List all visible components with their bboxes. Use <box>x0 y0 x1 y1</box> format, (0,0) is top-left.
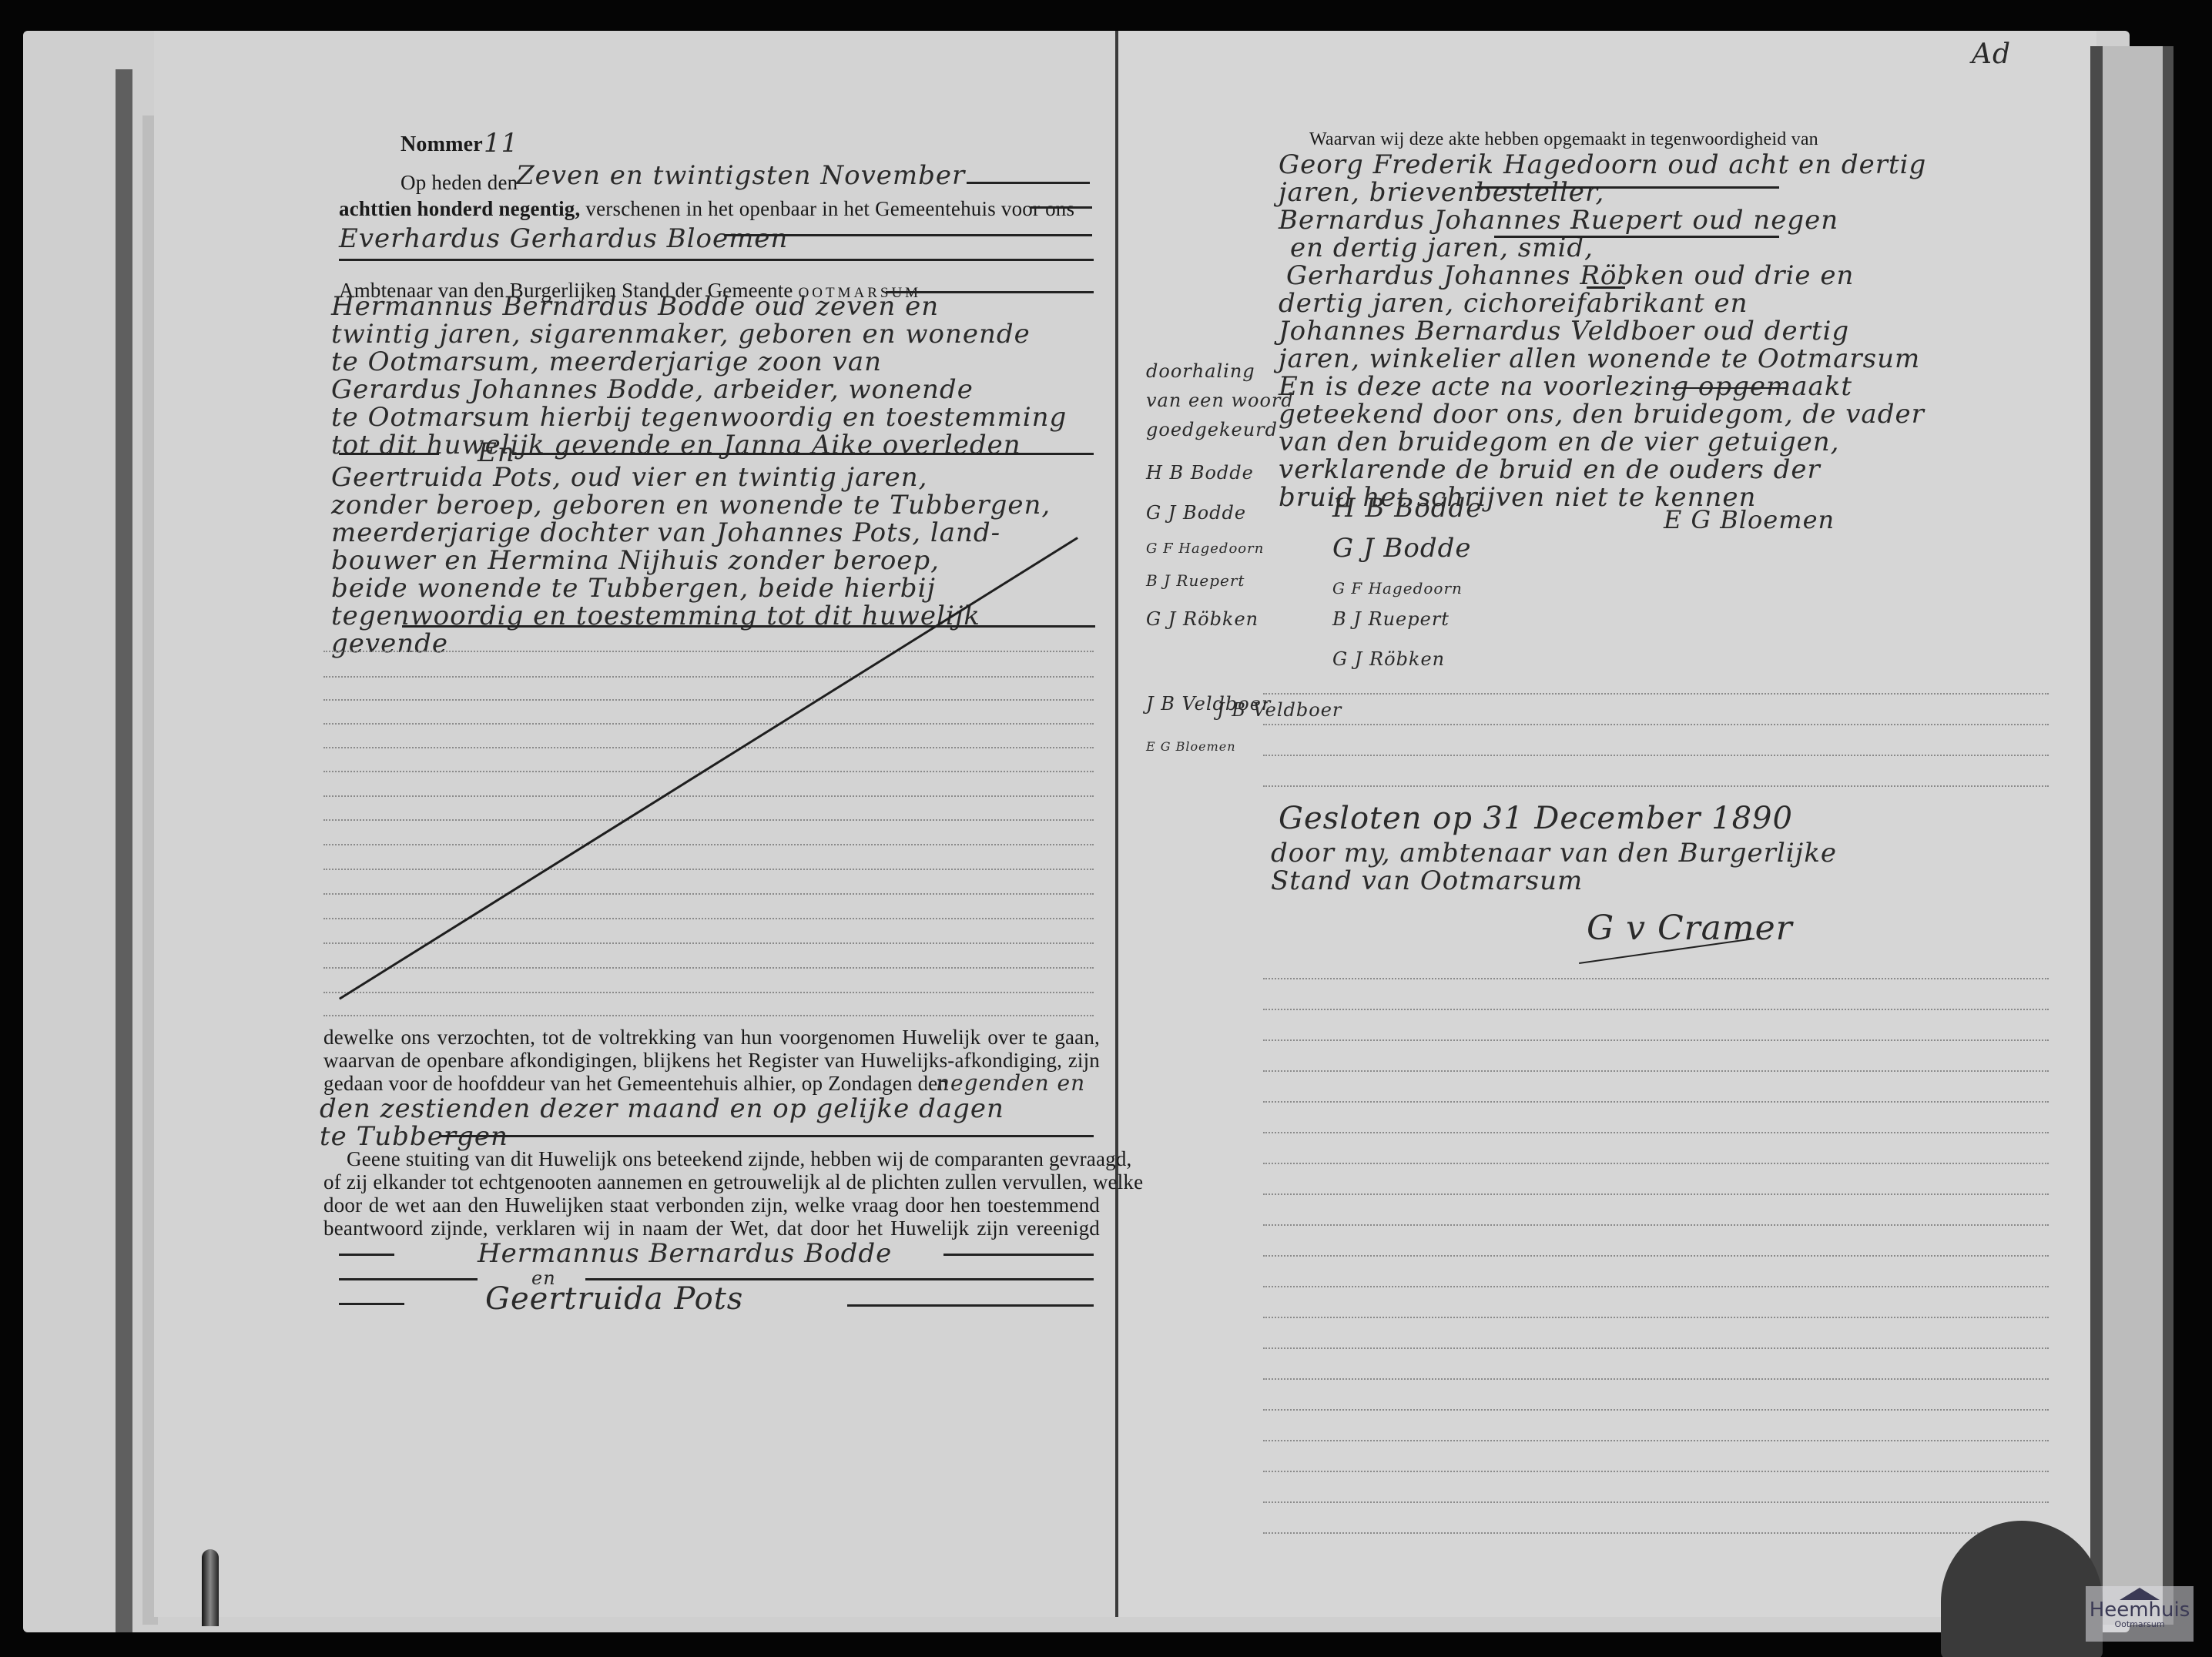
dotted-line <box>1263 1101 2049 1103</box>
witness-line: En is deze acte na voorlezing opgemaakt <box>1279 371 1852 402</box>
fill-rule <box>943 1254 1094 1256</box>
pen-clip <box>202 1549 219 1626</box>
dotted-line <box>323 676 1094 678</box>
date-handwritten: Zeven en twintigsten November <box>516 160 965 191</box>
fill-rule <box>439 1135 1094 1137</box>
dotted-line <box>323 844 1094 845</box>
line1-printed: Op heden den <box>401 171 518 195</box>
fill-rule <box>724 234 1092 236</box>
banns-hand-line: den zestienden dezer maand en op gelijke… <box>320 1093 1004 1124</box>
margin-signature: G F Hagedoorn <box>1146 541 1264 557</box>
margin-signature: G J Röbken <box>1146 608 1258 630</box>
dotted-line <box>323 723 1094 725</box>
number-value: 11 <box>484 128 518 159</box>
heemhuis-watermark: Heemhuis Ootmarsum <box>2086 1586 2194 1642</box>
signature: J B Veldboer <box>1217 699 1342 721</box>
groom-line: twintig jaren, sigarenmaker, geboren en … <box>331 319 1031 350</box>
margin-note-line: doorhaling <box>1146 360 1255 382</box>
fill-rule <box>339 1254 394 1256</box>
banns-line: waarvan de openbare afkondigingen, blijk… <box>323 1049 1100 1073</box>
dotted-line <box>1263 1409 2049 1411</box>
margin-signature: H B Bodde <box>1146 462 1254 484</box>
dotted-line <box>323 893 1094 895</box>
witness-line: Bernardus Johannes Ruepert oud negen <box>1279 205 1838 236</box>
witness-line: Georg Frederik Hagedoorn oud acht en der… <box>1279 149 1926 180</box>
fill-rule <box>402 625 1095 628</box>
margin-note-line: van een woord <box>1146 390 1294 411</box>
fill-rule <box>339 1303 404 1305</box>
witness-line: verklarende de bruid en de ouders der <box>1279 454 1821 485</box>
registrar-signature: E G Bloemen <box>1664 505 1835 534</box>
en-rule-right <box>512 453 1094 455</box>
dotted-line <box>1263 1163 2049 1164</box>
banns-line: gedaan voor de hoofddeur van het Gemeent… <box>323 1072 948 1096</box>
dotted-line <box>323 771 1094 772</box>
banns-line: dewelke ons verzochten, tot de voltrekki… <box>323 1026 1100 1049</box>
witness-line: geteekend door ons, den bruidegom, de va… <box>1279 399 1925 430</box>
dotted-line <box>1263 1255 2049 1257</box>
declaration-line: door de wet aan den Huwelijken staat ver… <box>323 1193 1100 1217</box>
dotted-line <box>1263 1532 2049 1534</box>
margin-signature: B J Ruepert <box>1146 571 1245 590</box>
closing-signature: G v Cramer <box>1587 909 1793 948</box>
closing-line: Gesloten op 31 December 1890 <box>1279 801 1793 836</box>
banns-hand-date: negenden en <box>936 1070 1085 1096</box>
united-groom-name: Hermannus Bernardus Bodde <box>478 1238 892 1269</box>
closing-line: Stand van Ootmarsum <box>1271 865 1583 896</box>
dotted-line <box>1263 1286 2049 1287</box>
strikeout-word <box>1671 387 1787 389</box>
number-label: Nommer <box>401 132 483 157</box>
registrar-name: Everhardus Gerhardus Bloemen <box>339 223 788 254</box>
margin-signature: E G Bloemen <box>1146 739 1236 754</box>
en-rule-left <box>339 453 439 455</box>
groom-line: Hermannus Bernardus Bodde oud zeven en <box>331 291 939 322</box>
fill-rule <box>1494 236 1779 238</box>
signature: G J Bodde <box>1332 533 1472 564</box>
declaration-line: Geene stuiting van dit Huwelijk ons bete… <box>347 1147 1100 1171</box>
bride-line: gevende <box>331 628 448 659</box>
left-page <box>154 31 1115 1617</box>
dotted-line <box>323 942 1094 944</box>
dotted-line <box>1263 1039 2049 1041</box>
dotted-line <box>323 651 1094 652</box>
witness-line: Johannes Bernardus Veldboer oud dertig <box>1279 316 1849 346</box>
bride-line: beide wonende te Tubbergen, beide hierbi… <box>331 573 936 604</box>
dotted-line <box>1263 1132 2049 1133</box>
page-edge-dark <box>2090 46 2103 1625</box>
signature: G J Röbken <box>1332 648 1445 670</box>
dotted-line <box>323 869 1094 870</box>
fill-rule <box>585 1278 1094 1280</box>
signature: H B Bodde <box>1332 493 1482 524</box>
dotted-line <box>323 795 1094 797</box>
witness-line: jaren, brievenbesteller, <box>1279 177 1604 208</box>
bride-line: Geertruida Pots, oud vier en twintig jar… <box>331 462 927 493</box>
dotted-line <box>323 1015 1094 1016</box>
bride-line: meerderjarige dochter van Johannes Pots,… <box>331 517 1000 548</box>
groom-line: tot dit huwelijk gevende en Janna Aike o… <box>331 430 1021 460</box>
fill-rule <box>1031 206 1092 209</box>
dotted-line <box>1263 1501 2049 1503</box>
dotted-line <box>1263 1440 2049 1441</box>
watermark-name: Heemhuis <box>2086 1600 2194 1620</box>
page-edge-light <box>2103 46 2163 1625</box>
witness-line: dertig jaren, cichoreifabrikant en <box>1279 288 1748 319</box>
dotted-line <box>1263 1070 2049 1072</box>
dotted-line <box>1263 693 2049 695</box>
book-binding-left <box>116 69 132 1632</box>
dotted-line <box>1263 1347 2049 1349</box>
united-bride-name: Geertruida Pots <box>485 1281 743 1317</box>
dotted-line <box>1263 1378 2049 1380</box>
closing-line: door my, ambtenaar van den Burgerlijke <box>1271 838 1837 869</box>
groom-line: Gerardus Johannes Bodde, arbeider, wonen… <box>331 374 974 405</box>
dotted-line <box>323 747 1094 748</box>
witness-line: jaren, winkelier allen wonende te Ootmar… <box>1279 343 1920 374</box>
margin-note-line: goedgekeurd <box>1146 419 1278 440</box>
signature: G F Hagedoorn <box>1332 579 1463 598</box>
groom-line: te Ootmarsum hierbij tegenwoordig en toe… <box>331 402 1067 433</box>
fill-rule <box>339 1278 478 1280</box>
bride-line: zonder beroep, geboren en wonende te Tub… <box>331 490 1051 521</box>
dotted-line <box>323 967 1094 969</box>
dotted-line <box>1263 978 2049 979</box>
dotted-line <box>323 819 1094 821</box>
section-rule <box>339 259 1094 261</box>
margin-signature: G J Bodde <box>1146 502 1246 524</box>
groom-line: te Ootmarsum, meerderjarige zoon van <box>331 346 882 377</box>
dotted-line <box>323 918 1094 919</box>
declaration-line: of zij elkander tot echtgenooten aanneme… <box>323 1170 1100 1194</box>
dotted-line <box>323 992 1094 993</box>
dotted-line <box>1263 785 2049 787</box>
year-bold: achttien honderd negentig, <box>339 197 580 220</box>
witness-line: van den bruidegom en de vier getuigen, <box>1279 427 1839 457</box>
bride-line: bouwer en Hermina Nijhuis zonder beroep, <box>331 545 940 576</box>
declaration-line: beantwoord zijnde, verklaren wij in naam… <box>323 1217 1100 1240</box>
witness-line: Gerhardus Johannes Röbken oud drie en <box>1286 260 1854 291</box>
appeared-text: verschenen in het openbaar in het Gemeen… <box>585 197 1074 220</box>
fill-rule <box>847 1304 1094 1307</box>
dotted-line <box>1263 1471 2049 1472</box>
dotted-line <box>1263 1224 2049 1226</box>
page-edge-outer <box>2163 46 2173 1625</box>
dotted-line <box>1263 755 2049 756</box>
fill-rule <box>967 182 1090 184</box>
year-line: achttien honderd negentig, verschenen in… <box>339 197 1074 221</box>
folio-mark: Ad <box>1972 38 2011 70</box>
fill-rule <box>1475 186 1779 189</box>
dotted-line <box>1263 1317 2049 1318</box>
dotted-line <box>1263 1193 2049 1195</box>
witnesses-header: Waarvan wij deze akte hebben opgemaakt i… <box>1309 129 1818 150</box>
dotted-line <box>1263 1009 2049 1010</box>
dotted-line <box>323 699 1094 701</box>
dotted-line <box>1263 724 2049 725</box>
signature: B J Ruepert <box>1332 608 1450 630</box>
fill-rule <box>1587 286 1625 289</box>
